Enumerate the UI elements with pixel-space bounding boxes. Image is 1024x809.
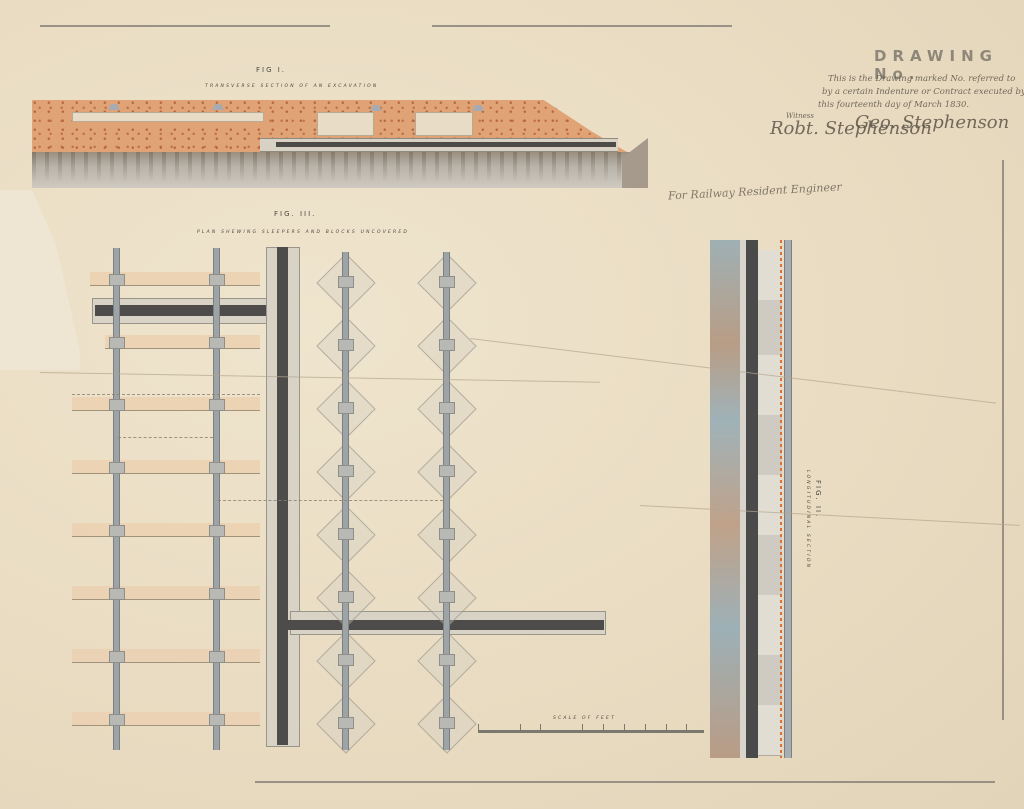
ground-slope [622,138,648,188]
dimension-line [218,500,443,501]
stone-block-section [415,112,473,136]
block-section [758,475,782,536]
top-border-line [432,25,732,27]
rail-chair [109,588,125,600]
block-section [758,535,782,596]
rail-chair [439,339,455,351]
sleeper [72,649,260,663]
rail [113,248,120,750]
sleeper [72,523,260,537]
sleeper-line [780,240,782,758]
rail-chair [109,399,125,411]
block-section [758,300,782,356]
rail-chair [338,402,354,414]
drawing-sheet: DRAWING No. This is the Drawing marked N… [0,0,1024,809]
rail-chair [109,714,125,726]
block-section [758,355,782,416]
earth-strata [710,240,740,758]
block-section [758,250,782,301]
rail [342,252,349,750]
scale-tick [686,724,687,731]
block-section [758,415,782,476]
sleeper [72,586,260,600]
rail-chair [109,651,125,663]
block-section [758,655,782,706]
rail-chair [109,462,125,474]
certificate-line-3: this fourteenth day of March 1830. [818,100,969,110]
fig1-title: FIG I. [256,66,286,74]
scale-tick [645,724,646,731]
rail [443,252,450,750]
fig1-transverse-section [32,100,648,192]
rail-chair [338,339,354,351]
culvert-drain [95,305,285,316]
fig2-longitudinal-section [710,240,795,760]
rail-chair [338,465,354,477]
sleeper [72,397,260,411]
stone-block-section [317,112,374,136]
culvert-drain [277,247,288,745]
rail-chair [109,337,125,349]
rail [213,248,220,750]
sleeper-section [72,112,264,122]
rail-chair [338,276,354,288]
dimension-line [72,394,260,395]
scale-tick [582,724,583,731]
bottom-border-line [255,781,995,783]
rail-chair [338,528,354,540]
top-border-line [40,25,330,27]
rail-chair [209,714,225,726]
right-border-line [1002,160,1004,720]
fig1-caption: TRANSVERSE SECTION OF AN EXCAVATION [205,84,378,89]
rail-chair [209,399,225,411]
rail-chair [209,525,225,537]
rail-chair [338,717,354,729]
rail-chair [209,588,225,600]
rail-chair [209,337,225,349]
rail-chair [109,274,125,286]
fig2-title: FIG. II. [814,480,822,518]
rail-chair [209,462,225,474]
sleeper [72,460,260,474]
drain-culvert [276,142,616,147]
rail-chair [338,591,354,603]
dimension-line [118,437,213,438]
rail-chair [439,654,455,666]
signature-george-stephenson: Geo. Stephenson [855,112,1009,133]
rail-chair [338,654,354,666]
rail-chair [439,276,455,288]
scale-tick [666,724,667,731]
rail-chair [439,591,455,603]
scale-tick [540,724,541,731]
scale-tick [624,724,625,731]
scale-tick [478,724,479,731]
scale-tick [520,724,521,731]
rail-chair [109,525,125,537]
fig2-caption: LONGITUDINAL SECTION [805,470,810,569]
rail-chair [439,717,455,729]
scale-bar [478,730,704,733]
sleeper [72,712,260,726]
certificate-line-1: This is the Drawing marked No. referred … [828,74,1015,84]
rail-chair [209,651,225,663]
rail [784,240,792,758]
fig3-title: FIG. III. [274,210,316,218]
rail-chair [439,528,455,540]
block-section [758,595,782,656]
scale-tick [603,724,604,731]
sleeper [105,335,260,349]
scale-label: SCALE OF FEET [553,716,616,721]
ground-hatching [32,152,648,182]
rail-chair [439,465,455,477]
block-section [758,705,782,756]
fig3-caption: PLAN SHEWING SLEEPERS AND BLOCKS UNCOVER… [197,230,409,235]
rail-chair [439,402,455,414]
culvert-drain [746,240,758,758]
rail-chair [209,274,225,286]
certificate-line-2: by a certain Indenture or Contract execu… [822,87,1024,97]
